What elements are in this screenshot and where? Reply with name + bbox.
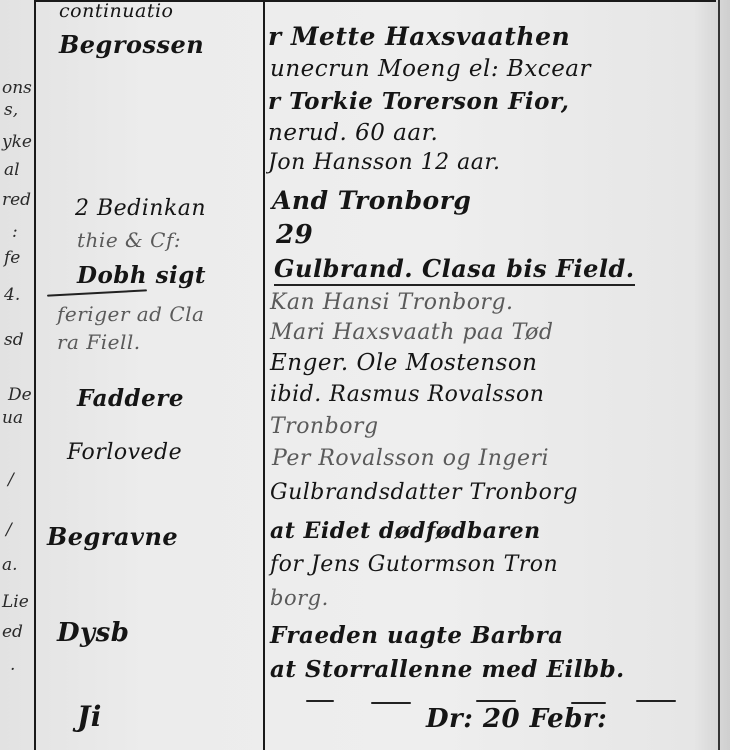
margin-fragment: . [10, 655, 15, 675]
separator-dash [636, 700, 676, 702]
detail-line: r Mette Haxsvaathen [268, 22, 570, 51]
entry-label-mother: feriger ad Cla [57, 302, 204, 326]
detail-line: borg. [270, 586, 329, 610]
entry-label-begravne-1: Begrossen [59, 30, 204, 59]
detail-line: Mari Haxsvaath paa Tød [270, 320, 553, 345]
entry-label-place: ra Fiell. [57, 330, 141, 354]
detail-line: Jon Hansson 12 aar. [268, 150, 501, 175]
separator-dash [476, 700, 516, 702]
right-page-edge [718, 0, 720, 750]
margin-column-divider [34, 0, 36, 750]
margin-fragment: Lie [2, 592, 29, 612]
entry-details-column: r Mette Haxsvaathen unecrun Moeng el: Bx… [266, 0, 718, 750]
detail-line: ibid. Rasmus Rovalsson [270, 382, 544, 407]
margin-fragment: yke [2, 132, 32, 152]
margin-fragment: red [2, 190, 31, 210]
margin-fragment: ons [2, 78, 32, 98]
detail-line-child-name: Gulbrand. Clasa bis Field. [274, 254, 635, 283]
margin-fragment: ed [2, 622, 23, 642]
detail-line: Gulbrandsdatter Tronborg [270, 480, 578, 505]
separator-dash [306, 700, 334, 702]
entry-label-begravne-2: Begravne [47, 522, 178, 551]
entry-label-kirkeintroduktion-cont: thie & Cf: [77, 228, 181, 252]
detail-line: at Eidet dødfødbaren [270, 518, 541, 544]
date-heading: Dr: 20 Febr: [426, 704, 607, 734]
margin-fragment: 4. [4, 285, 20, 305]
detail-line: Kan Hansi Tronborg. [270, 290, 514, 315]
separator-dash [371, 702, 411, 704]
entry-label-continuatio: continuatio [59, 0, 173, 22]
entry-label-kirkeintroduktion: 2 Bedinkan [75, 196, 206, 221]
middle-column-divider [263, 0, 265, 750]
entry-label-faddere: Faddere [77, 385, 184, 412]
detail-line: for Jens Gutormson Tron [270, 552, 558, 577]
margin-fragment: : [12, 222, 18, 242]
margin-fragment: fe [4, 248, 20, 268]
entry-number: 29 [276, 220, 313, 250]
margin-fragment: / [6, 520, 12, 540]
detail-line: unecrun Moeng el: Bxcear [270, 56, 591, 82]
entry-label-forlovede: Forlovede [67, 440, 182, 465]
register-page: ons s, yke al red : fe 4. sd De ua / / a… [0, 0, 730, 750]
detail-line: Per Rovalsson og Ingeri [272, 446, 549, 471]
flourish-stroke [47, 289, 147, 296]
margin-fragment: De [8, 385, 32, 405]
detail-line: Enger. Ole Mostenson [270, 350, 538, 376]
entry-label-daab: Dysb [57, 618, 129, 648]
entry-label-partial: Ji [77, 700, 102, 733]
detail-line: And Tronborg [272, 186, 471, 215]
child-name-underlined: Gulbrand. Clasa bis Field. [274, 254, 635, 286]
detail-line: r Torkie Torerson Fior, [268, 88, 569, 115]
margin-fragment: al [4, 160, 20, 180]
margin-fragment: / [8, 470, 14, 490]
margin-fragment: s, [4, 100, 18, 120]
margin-fragment: a. [2, 555, 18, 575]
margin-fragment: ua [2, 408, 23, 428]
entry-type-column: continuatio Begrossen 2 Bedinkan thie & … [37, 0, 262, 750]
detail-line: Tronborg [270, 414, 379, 439]
entry-label-dobt-uaegte: Dobh sigt [77, 262, 206, 289]
margin-fragment: sd [4, 330, 24, 350]
detail-line: at Storrallenne med Eilbb. [270, 656, 625, 683]
detail-line: Fraeden uagte Barbra [270, 622, 564, 649]
detail-line: nerud. 60 aar. [268, 120, 438, 146]
left-margin-column: ons s, yke al red : fe 4. sd De ua / / a… [0, 0, 34, 750]
